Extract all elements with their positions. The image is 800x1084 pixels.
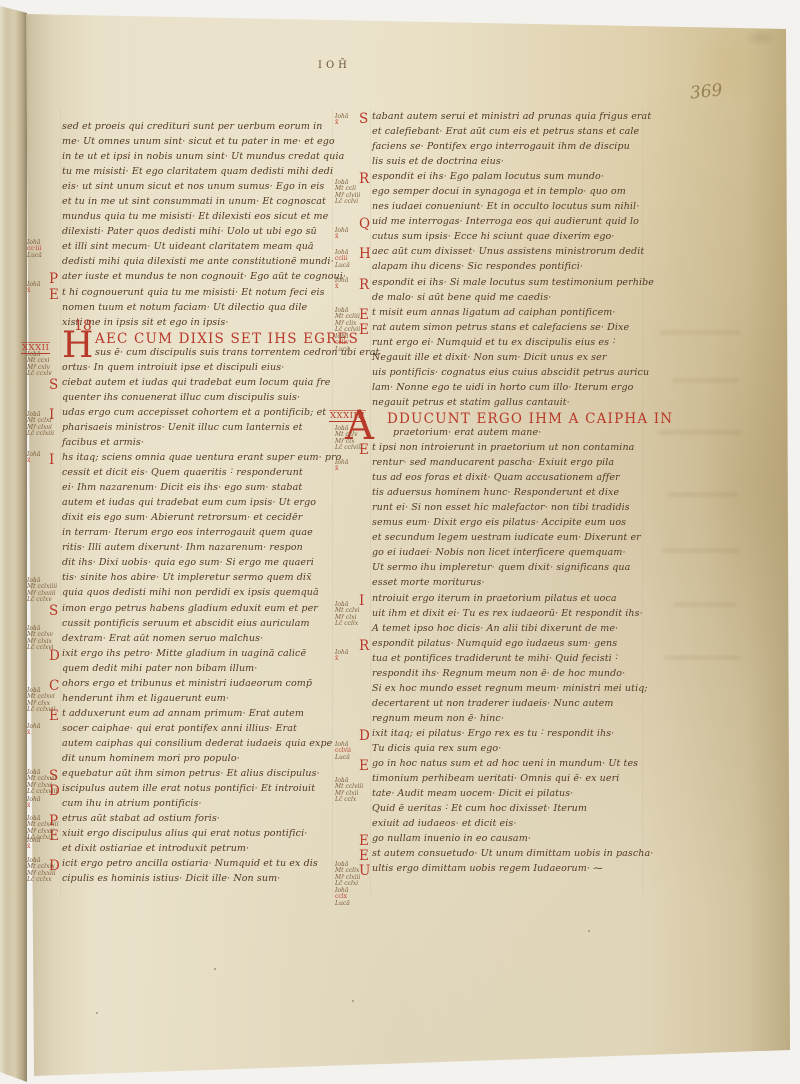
text-line: Respondit ei ihs· Ego palam locutus sum …	[372, 171, 648, 186]
text-line: quia quos dedisti mihi non perdidi ex ip…	[62, 587, 338, 602]
text-column-right: Stabant autem serui et ministri ad pruna…	[372, 111, 648, 878]
initial: D	[359, 728, 370, 744]
text-line: Cohors ergo et tribunus et ministri iuda…	[62, 678, 338, 693]
text-line: cutus sum ipsis· Ecce hi sciunt quae dix…	[372, 231, 648, 246]
running-title: IOH̄	[318, 60, 351, 71]
text-line: uit ihm et dixit ei· Tu es rex iudaeorū·…	[372, 608, 648, 623]
chapter-number: 18	[74, 318, 92, 334]
initial: S	[49, 603, 58, 619]
text-line: Dicit ergo petro ancilla ostiaria· Numqu…	[62, 858, 338, 873]
text-line: exiuit ad iudaeos· et dicit eis·	[372, 818, 648, 833]
text-line: Et misit eum annas ligatum ad caiphan po…	[372, 307, 648, 322]
bleed-through	[674, 602, 736, 607]
text-line: Et adduxerunt eum ad annam primum· Erat …	[62, 708, 338, 723]
canon-ref-cluster: IohāMt̄ ccxiMr̄ cxlvLc̄ ccxlv	[27, 352, 52, 378]
text-line: ei· Ihm nazarenum· Dicit eis ihs· ego su…	[62, 482, 338, 497]
text-line: tus ad eos foras et dixit· Quam accusati…	[372, 472, 648, 487]
canon-ref-row: Lucā	[335, 263, 350, 269]
text-line: autem caiphas qui consilium dederat iuda…	[62, 738, 338, 753]
text-line: dedisti mihi quia dilexisti me ante cons…	[62, 256, 338, 271]
canon-ref-cluster: Iohāx̄	[335, 278, 348, 291]
text-line: tis· sinite hos abire· Ut impleretur ser…	[62, 572, 338, 587]
canon-ref-cluster: IohāMt̄ cclviMr̄ clxiLc̄ cclix	[335, 602, 359, 628]
canon-ref-cluster: IohāMt̄ ccliiiMr̄ clixLc̄ cclvii	[335, 308, 360, 334]
canon-ref-row: x̄	[27, 458, 40, 464]
text-line: Simon ergo petrus habens gladium eduxit …	[62, 603, 338, 618]
text-line: lam· Nonne ego te uidi in horto cum illo…	[372, 382, 648, 397]
text-line: sus ē· cum discipulis suis trans torrent…	[62, 347, 338, 362]
text-line: cipulis es hominis istius· Dicit ille· N…	[62, 873, 338, 888]
canon-ref-row: x̄	[27, 803, 40, 809]
canon-ref-row: Lc̄ ccxlv	[27, 371, 52, 377]
canon-ref-row: x̄	[27, 288, 40, 294]
folio-number: 369	[689, 80, 723, 103]
text-line: pharisaeis ministros· Uenit illuc cum la…	[62, 422, 338, 437]
speck	[352, 1000, 354, 1002]
initial: S	[49, 377, 58, 393]
text-line: Respondit ei ihs· Si male locutus sum te…	[372, 277, 648, 292]
text-line: tu me misisti· Et ego claritatem quam de…	[62, 166, 338, 181]
text-line: semus eum· Dixit ergo eis pilatus· Accip…	[372, 517, 648, 532]
text-line: Dixit ergo ihs petro· Mitte gladium in u…	[62, 648, 338, 663]
canon-ref-cluster: Iohāx̄	[27, 452, 40, 465]
text-line: Introiuit ergo iterum in praetorium pila…	[372, 593, 648, 608]
text-line: Discipulus autem ille erat notus pontifi…	[62, 783, 338, 798]
text-line: Erat autem simon petrus stans et calefac…	[372, 322, 648, 337]
canon-ref-cluster: Iohāx̄	[335, 460, 348, 473]
canon-ref-cluster: IohāMt̄ cclxixMr̄ clxxiiiLc̄ cclxx	[27, 858, 56, 884]
bleed-through	[668, 492, 738, 497]
canon-ref-cluster: IohāMt̄ cclixMr̄ clxiiiLc̄ cclxi	[335, 862, 360, 888]
text-line: Sciebat autem et iudas qui tradebat eum …	[62, 377, 338, 392]
canon-ref-cluster: IohāMt̄ cclxiMr̄ clxviLc̄ cclxiii	[27, 412, 54, 438]
text-line: go ei iudaei· Nobis non licet interficer…	[372, 547, 648, 562]
canon-ref-row: x̄	[335, 466, 348, 472]
text-line: Est autem consuetudo· Ut unum dimittam u…	[372, 848, 648, 863]
speck	[96, 1012, 98, 1014]
canon-ref-cluster: IohācclviiLucā	[335, 742, 351, 761]
canon-ref-row: Lc̄ cclviii	[335, 445, 362, 451]
text-line: et dixit ostiariae et introduxit petrum·	[62, 843, 338, 858]
text-line: eis· ut sint unum sicut et nos unum sumu…	[62, 181, 338, 196]
canon-ref-cluster: IohāMt̄ ccliMr̄ clviiiLc̄ cclvi	[335, 180, 360, 206]
canon-ref-cluster: IohāMt̄ cclxvMr̄ clxixLc̄ cclxvi	[27, 626, 54, 652]
text-line: Negauit ille et dixit· Non sum· Dicit un…	[372, 352, 648, 367]
previous-folio-edge	[0, 0, 27, 1084]
initial: R	[359, 171, 369, 187]
text-line: de malo· si aūt bene quid me caedis·	[372, 292, 648, 307]
text-line: Pater iuste et mundus te non cognouit· E…	[62, 271, 338, 286]
initial: U	[359, 863, 370, 879]
canon-ref-cluster: IohāMt̄ cclxiiiiMr̄ clxviiiLc̄ cclxv	[27, 578, 57, 604]
bleed-through	[658, 430, 742, 435]
text-line: Iudas ergo cum accepisset cohortem et a …	[62, 407, 338, 422]
canon-ref-row: Lc̄ cclxv	[27, 597, 57, 603]
initial: E	[359, 307, 369, 323]
canon-ref-cluster: IohācclxLucā	[335, 888, 350, 907]
text-line: alapam ihu dicens· Sic respondes pontifi…	[372, 261, 648, 276]
initial: E	[359, 833, 369, 849]
text-line: rentur· sed manducarent pascha· Exiuit e…	[372, 457, 648, 472]
text-line: autem et iudas qui tradebat eum cum ipsi…	[62, 497, 338, 512]
text-line: timonium perhibeam ueritati· Omnis qui ē…	[372, 773, 648, 788]
text-line: regnum meum non ē· hinc·	[372, 713, 648, 728]
text-line: Ut sermo ihu impleretur· quem dixit· sig…	[372, 562, 648, 577]
canon-ref-row: Lc̄ cclix	[335, 621, 359, 627]
text-line: esset morte moriturus·	[372, 577, 648, 592]
text-line: quenter ihs conuenerat illuc cum discipu…	[62, 392, 338, 407]
text-line: henderunt ihm et ligauerunt eum·	[62, 693, 338, 708]
text-line: xisti me in ipsis sit et ego in ipsis·	[62, 317, 338, 332]
text-line: Petrus aūt stabat ad ostium foris·	[62, 813, 338, 828]
canon-ref-cluster: Iohāx̄	[335, 650, 348, 663]
text-line: Ego nullam inuenio in eo causam·	[372, 833, 648, 848]
text-line: respondit ihs· Regnum meum non ē· de hoc…	[372, 668, 648, 683]
text-line: Stabant autem serui et ministri ad pruna…	[372, 111, 648, 126]
canon-ref-row: Lc̄ cclxvii	[27, 707, 56, 713]
text-line: negauit petrus et statim gallus cantauit…	[372, 397, 648, 412]
canon-ref-row: Lucā	[335, 755, 351, 761]
bleed-through	[660, 330, 740, 335]
initial: P	[49, 271, 58, 287]
ruling-line	[60, 108, 61, 898]
canon-ref-row: Lc̄ cclxx	[27, 877, 56, 883]
canon-ref-cluster: Iohāx̄	[27, 797, 40, 810]
canon-ref-row: x̄	[27, 730, 40, 736]
text-line: runt ergo ei· Numquid et tu ex discipuli…	[372, 337, 648, 352]
stain	[700, 280, 790, 700]
canon-ref-row: Lucā	[335, 347, 350, 353]
text-line: faciens se· Pontifex ergo interrogauit i…	[372, 141, 648, 156]
canon-ref-row: Lc̄ cclxiii	[27, 431, 54, 437]
text-line: cussit pontificis seruum et abscidit eiu…	[62, 618, 338, 633]
text-line: in terram· Iterum ergo eos interrogauit …	[62, 527, 338, 542]
canon-ref-cluster: IohāMt̄ cclviiiMr̄ clxiiLc̄ cclx	[335, 778, 363, 804]
initial: I	[359, 593, 364, 609]
canon-ref-cluster: IohāMt̄ cclvMr̄ clxLc̄ cclviii	[335, 426, 362, 452]
initial: E	[359, 758, 369, 774]
canon-ref-cluster: IohāMt̄ cclxviMr̄ clxxLc̄ cclxvii	[27, 688, 56, 714]
initial: Q	[359, 216, 370, 232]
text-line: mundus quia tu me misisti· Et dilexisti …	[62, 211, 338, 226]
text-line: et calefiebant· Erat aūt cum eis et petr…	[372, 126, 648, 141]
text-line: sed et proeis qui credituri sunt per uer…	[62, 121, 338, 136]
text-line: praetorium· erat autem mane·	[372, 427, 648, 442]
text-line: Si ex hoc mundo esset regnum meum· minis…	[372, 683, 648, 698]
canon-ref-cluster: IohāMt̄ cclxviiMr̄ clxxiLc̄ cclxviii	[27, 770, 57, 796]
display-line: HAEC CUM DIXIS SET IHS EGRES	[62, 332, 338, 347]
pencil-smudge	[744, 30, 778, 46]
text-line: tis aduersus hominem hunc· Responderunt …	[372, 487, 648, 502]
text-line: et secundum legem uestram iudicate eum· …	[372, 532, 648, 547]
canon-ref-row: Lucā	[27, 253, 42, 259]
canon-ref-row: x̄	[335, 656, 348, 662]
speck	[214, 968, 216, 970]
bleed-through	[664, 655, 740, 660]
initial: R	[359, 277, 369, 293]
canon-ref-row: Lc̄ cclx	[335, 797, 363, 803]
canon-ref-row: Lc̄ cclxviii	[27, 789, 57, 795]
text-line: nes iudaei conueniunt· Et in occulto loc…	[372, 201, 648, 216]
text-line: dilexisti· Pater quos dedisti mihi· Uolo…	[62, 226, 338, 241]
text-line: quem dedit mihi pater non bibam illum·	[62, 663, 338, 678]
canon-ref-row: Lc̄ cclvi	[335, 199, 360, 205]
canon-ref-row: Lc̄ cclxvi	[27, 645, 54, 651]
text-line: Sequebatur aūt ihm simon petrus· Et aliu…	[62, 768, 338, 783]
text-line: Ego in hoc natus sum et ad hoc ueni in m…	[372, 758, 648, 773]
text-line: dit ihs· Dixi uobis· quia ego sum· Si er…	[62, 557, 338, 572]
canon-ref-cluster: Iohācc·iiiLucā	[27, 240, 42, 259]
initial: I	[49, 452, 54, 468]
text-column-left: sed et proeis qui credituri sunt per uer…	[62, 121, 338, 888]
text-line: ritis· Illi autem dixerunt· Ihm nazarenu…	[62, 542, 338, 557]
text-line: dit unum hominem mori pro populo·	[62, 753, 338, 768]
speck	[588, 930, 590, 932]
text-line: Et hi cognouerunt quia tu me misisti· Et…	[62, 287, 338, 302]
text-line: decertarent ut non traderer iudaeis· Nun…	[372, 698, 648, 713]
canon-ref-row: Lucā	[335, 901, 350, 907]
text-line: cessit et dicit eis· Quem quaeritis ˸ re…	[62, 467, 338, 482]
text-line: me· Ut omnes unum sint· sicut et tu pate…	[62, 136, 338, 151]
text-line: Tu dicis quia rex sum ego·	[372, 743, 648, 758]
text-line: Dixit itaq; ei pilatus· Ergo rex es tu ˸…	[372, 728, 648, 743]
text-line: Ihs itaq; sciens omnia quae uentura eran…	[62, 452, 338, 467]
text-line: ego semper docui in synagoga et in templ…	[372, 186, 648, 201]
text-line: uis pontificis· cognatus eius cuius absc…	[372, 367, 648, 382]
canon-ref-row: x̄	[27, 844, 40, 850]
canon-ref-row: x̄	[335, 234, 348, 240]
text-line: Quid ē ueritas ˸ Et cum hoc dixisset· It…	[372, 803, 648, 818]
text-line: Quid me interrogas· Interroga eos qui au…	[372, 216, 648, 231]
text-line: et illi sint mecum· Ut uideant claritate…	[62, 241, 338, 256]
canon-ref-cluster: Iohāx̄	[27, 282, 40, 295]
text-line: Et ipsi non introierunt in praetorium ut…	[372, 442, 648, 457]
canon-ref-cluster: Iohāx̄	[27, 838, 40, 851]
text-line: in te ut et ipsi in nobis unum sint· Ut …	[62, 151, 338, 166]
text-line: Exiuit ergo discipulus alius qui erat no…	[62, 828, 338, 843]
initial: E	[49, 287, 59, 303]
text-line: runt ei· Si non esset hic malefactor· no…	[372, 502, 648, 517]
text-line: tua et pontifices tradiderunt te mihi· Q…	[372, 653, 648, 668]
text-line: A temet ipso hoc dicis· An alii tibi dix…	[372, 623, 648, 638]
text-line: tate· Audit meam uocem· Dicit ei pilatus…	[372, 788, 648, 803]
text-line: Respondit pilatus· Numquid ego iudaeus s…	[372, 638, 648, 653]
canon-ref-cluster: Iohāx̄	[27, 724, 40, 737]
bleed-through	[662, 548, 740, 553]
display-line: ADDUCUNT ERGO IHM A CAIPHA IN	[372, 412, 648, 427]
text-line: facibus et armis·	[62, 437, 338, 452]
manuscript-photo: IOH̄ 369 18 XXXII XXXIIII sed et proeis …	[0, 0, 800, 1084]
text-line: Uultis ergo dimittam uobis regem Iudaeor…	[372, 863, 648, 878]
canon-ref-row: x̄	[335, 120, 348, 126]
canon-ref-row: x̄	[335, 284, 348, 290]
capitulum-number-right: XXXIIII	[329, 410, 366, 422]
text-line: dixit eis ego sum· Abierunt retrorsum· e…	[62, 512, 338, 527]
text-line: Haec aūt cum dixisset· Unus assistens mi…	[372, 246, 648, 261]
initial: E	[359, 322, 369, 338]
bleed-through	[672, 378, 738, 383]
text-line: ortus· In quem introiuit ipse et discipu…	[62, 362, 338, 377]
text-line: et tu in me ut sint consummati in unum· …	[62, 196, 338, 211]
initial: H	[359, 246, 371, 262]
text-line: cum ihu in atrium pontificis·	[62, 798, 338, 813]
canon-ref-cluster: Iohāx̄	[335, 228, 348, 241]
text-line: nomen tuum et notum faciam· Ut dilectio …	[62, 302, 338, 317]
canon-ref-cluster: IohācclivLucā	[335, 334, 350, 353]
text-line: socer caiphae· qui erat pontifex anni il…	[62, 723, 338, 738]
initial: S	[359, 111, 368, 127]
canon-ref-cluster: IohāccliiLucā	[335, 250, 350, 269]
canon-ref-cluster: Iohāx̄	[335, 114, 348, 127]
initial: R	[359, 638, 369, 654]
text-line: lis suis et de doctrina eius·	[372, 156, 648, 171]
text-line: dextram· Erat aūt nomen seruo malchus·	[62, 633, 338, 648]
initial: E	[359, 848, 369, 864]
